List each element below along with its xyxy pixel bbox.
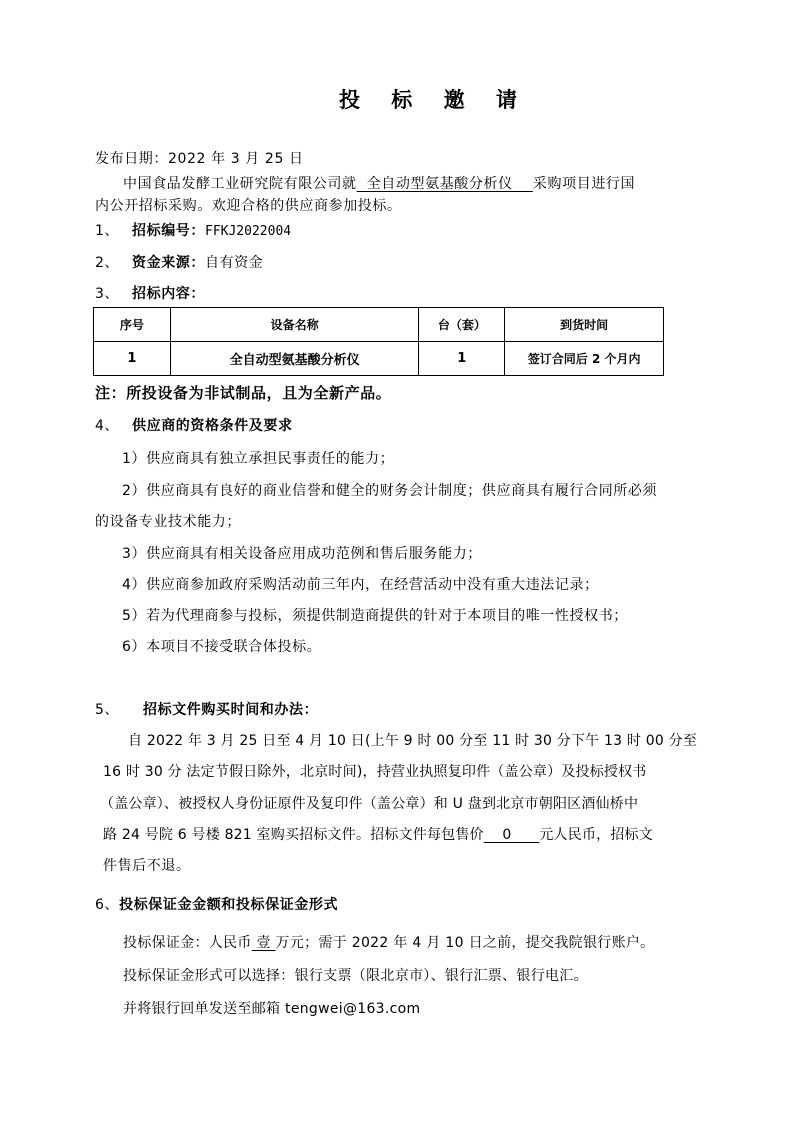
section-4: 4、供应商的资格条件及要求 <box>95 417 293 435</box>
section-number: 2、 <box>95 254 132 272</box>
section-2: 2、资金来源：自有资金 <box>95 254 263 272</box>
deposit-amount: 壹 <box>252 935 276 951</box>
section-1: 1、招标编号：FFKJ2022004 <box>95 222 291 241</box>
table-cell: 1 <box>94 342 171 376</box>
purchase-line-5: 件售后不退。 <box>103 857 191 875</box>
section-number: 6、 <box>95 897 119 913</box>
section-label: 招标内容： <box>132 286 205 302</box>
intro-text-2: 采购项目进行国 <box>533 176 635 192</box>
section-label: 供应商的资格条件及要求 <box>132 418 293 434</box>
requirement-2: 2）供应商具有良好的商业信誉和健全的财务会计制度；供应商具有履行合同所必须 <box>122 482 657 500</box>
section-label: 招标文件购买时间和办法： <box>143 702 318 718</box>
intro-text: 中国食品发酵工业研究院有限公司就 <box>123 176 357 192</box>
project-name: 全自动型氨基酸分析仪 <box>357 176 533 192</box>
purchase-text-2: 元人民币，招标文 <box>539 827 653 843</box>
header-cell: 台（套） <box>419 308 505 342</box>
header-cell: 序号 <box>94 308 171 342</box>
section-number: 4、 <box>95 417 132 435</box>
section-label: 资金来源： <box>132 255 205 271</box>
table-row: 1 全自动型氨基酸分析仪 1 签订合同后 2 个月内 <box>94 342 664 376</box>
requirement-1: 1）供应商具有独立承担民事责任的能力； <box>122 450 394 468</box>
deposit-text: 投标保证金：人民币 <box>123 935 252 951</box>
requirement-5: 5）若为代理商参与投标，须提供制造商提供的针对于本项目的唯一性授权书； <box>122 607 628 625</box>
intro-paragraph-line1: 中国食品发酵工业研究院有限公司就 全自动型氨基酸分析仪 采购项目进行国 <box>123 175 635 193</box>
publish-date: 发布日期：2022 年 3 月 25 日 <box>95 150 304 168</box>
header-cell: 到货时间 <box>505 308 664 342</box>
table-cell: 1 <box>419 342 505 376</box>
table-header-row: 序号 设备名称 台（套） 到货时间 <box>94 308 664 342</box>
header-cell: 设备名称 <box>170 308 419 342</box>
fund-source: 自有资金 <box>205 255 263 271</box>
section-number: 1、 <box>95 222 132 240</box>
deposit-line-2: 投标保证金形式可以选择：银行支票（限北京市）、银行汇票、银行电汇。 <box>123 967 588 985</box>
section-label: 招标编号： <box>132 223 205 239</box>
requirement-3: 3）供应商具有相关设备应用成功范例和售后服务能力； <box>122 545 482 563</box>
purchase-text: 路 24 号院 6 号楼 821 室购买招标文件。招标文件每包售价 <box>103 827 484 843</box>
note: 注：所投设备为非试制品，且为全新产品。 <box>95 384 391 402</box>
section-number: 5、 <box>95 701 143 719</box>
deposit-line-1: 投标保证金：人民币 壹 万元；需于 2022 年 4 月 10 日之前，提交我院… <box>123 934 654 952</box>
purchase-line-4: 路 24 号院 6 号楼 821 室购买招标文件。招标文件每包售价 0 元人民币… <box>103 826 653 844</box>
purchase-line-3: （盖公章）、被授权人身份证原件及复印件（盖公章）和 U 盘到北京市朝阳区酒仙桥中 <box>100 795 638 813</box>
deposit-email: 并将银行回单发送至邮箱 tengwei@163.com <box>123 1001 420 1017</box>
requirement-6: 6）本项目不接受联合体投标。 <box>122 638 321 656</box>
requirement-2-cont: 的设备专业技术能力； <box>95 513 241 531</box>
requirement-4: 4）供应商参加政府采购活动前三年内，在经营活动中没有重大违法记录； <box>122 576 599 594</box>
section-5: 5、招标文件购买时间和办法： <box>95 701 318 719</box>
section-3: 3、招标内容： <box>95 285 205 303</box>
bid-number: FFKJ2022004 <box>205 224 291 239</box>
section-number: 3、 <box>95 285 132 303</box>
table-cell: 全自动型氨基酸分析仪 <box>170 342 419 376</box>
document-price: 0 <box>484 827 540 843</box>
intro-paragraph-line2: 内公开招标采购。欢迎合格的供应商参加投标。 <box>95 197 402 215</box>
table-cell: 签订合同后 2 个月内 <box>505 342 664 376</box>
purchase-line-1: 自 2022 年 3 月 25 日至 4 月 10 日(上午 9 时 00 分至… <box>128 732 697 750</box>
deposit-text-2: 万元；需于 2022 年 4 月 10 日之前，提交我院银行账户。 <box>276 935 655 951</box>
purchase-line-2: 16 时 30 分 法定节假日除外，北京时间)，持营业执照复印件（盖公章）及投标… <box>103 763 647 781</box>
section-label: 投标保证金金额和投标保证金形式 <box>119 897 338 913</box>
deposit-line-3: 并将银行回单发送至邮箱 tengwei@163.com <box>123 1000 420 1018</box>
page-title: 投 标 邀 请 <box>339 84 529 114</box>
bid-content-table: 序号 设备名称 台（套） 到货时间 1 全自动型氨基酸分析仪 1 签订合同后 2… <box>93 307 664 376</box>
section-6: 6、投标保证金金额和投标保证金形式 <box>95 896 338 914</box>
